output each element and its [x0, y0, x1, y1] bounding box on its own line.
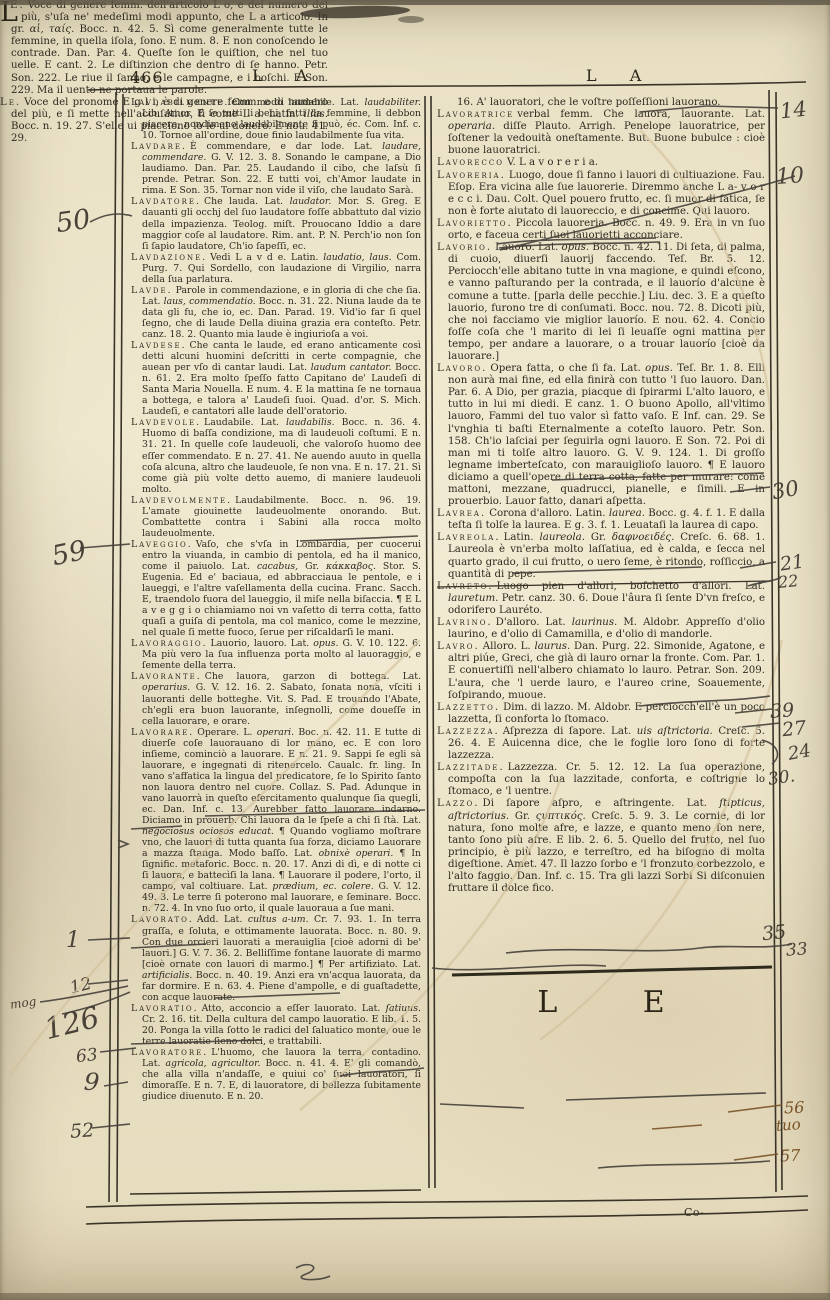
dictionary-entry: Lazzo.Di ſapore aſpro, e aſtringente. La… [437, 798, 765, 895]
marginal-number: 52 [69, 1119, 95, 1143]
entry-headword: Lavoraggio. [131, 638, 208, 649]
entry-headword: Lavdese. [131, 340, 187, 351]
left-text-column: Lavdabilmente.Con modo laudabile. Lat. l… [131, 97, 421, 1197]
entry-body: V. L a v o r e r i a. [507, 157, 598, 168]
entry-headword: Lavoro. [437, 363, 487, 374]
marginal-number: 27 [781, 717, 807, 741]
marginal-number: 59 [49, 535, 89, 572]
section-divider-rule [452, 967, 772, 975]
entry-headword: Lavoreria. [437, 170, 506, 181]
marginal-number: 30. [767, 766, 797, 790]
entry-headword: Lavoratrice [437, 109, 514, 120]
entry-headword: Lavdevole. [131, 417, 201, 428]
entry-headword: Lazzetto. [437, 702, 500, 713]
dictionary-entry: Lavdare.È commendare, e dar lode. Lat. l… [131, 141, 421, 196]
dictionary-entry: Lavde.Parole in commendazione, e in glor… [131, 285, 421, 340]
dash-after-parole [598, 1161, 770, 1168]
dictionary-entry: Lavdese.Che canta le laude, ed erano ant… [131, 340, 421, 417]
marginal-number: 22 [777, 571, 799, 592]
dictionary-entry: Lavdazione.Vedi L a v d e. Latin. laudat… [131, 252, 421, 285]
sepia-pen-strokes [652, 1105, 782, 1160]
dictionary-entry: Lavro.Alloro. L. laurus. Dan. Purg. 22. … [437, 641, 765, 701]
entry-headword: Le. [0, 97, 21, 108]
marginal-number: 12 [68, 974, 94, 999]
marginal-number: 30 [770, 476, 800, 504]
dictionary-entry: Lavorio.Lauoro. Lat. opus. Bocc. n. 42. … [437, 242, 765, 363]
dictionary-entry: Lavorare.Operare. L. operari. Boc. n. 42… [131, 727, 421, 915]
entry-headword: Lavde. [131, 285, 173, 296]
entry-headword: Lavrea. [437, 508, 486, 519]
entry-headword: Lavorio. [437, 242, 492, 253]
dictionary-entry: Lazzezza.Aſprezza di ſapore. Lat. uis aſ… [437, 726, 765, 762]
marginal-number: 1 [66, 928, 80, 953]
marginal-number: mog [9, 994, 37, 1012]
entry-headword: Lavdazione. [131, 252, 207, 263]
underline-in-gr [440, 1104, 524, 1108]
page-top-edge [0, 0, 830, 5]
entry-headword: Lavorato. [131, 914, 194, 925]
dictionary-entry: Lavdatore.Che lauda. Lat. laudator. Mor.… [131, 196, 421, 251]
leader-59 [80, 544, 130, 548]
entry-body: Lauoro. Lat. opus. Bocc. n. 42. 11. Di ſ… [448, 242, 765, 362]
dictionary-entry: Lavoreria.Luogo, doue ſi fanno i lauori … [437, 170, 765, 218]
marginal-number: 10 [775, 163, 805, 190]
entry-body: Luogo pien d'allori, boſchetto d'allori.… [448, 581, 765, 616]
marginal-number: 56 [784, 1098, 805, 1118]
scanned-book-page: 466 L A L A Lavdabilmente.Con modo lauda… [0, 0, 830, 1300]
dictionary-entry: Lavorietto.Piccola lauoreria. Bocc. n. 4… [437, 218, 765, 242]
running-head-right: L A [586, 66, 655, 85]
entry-headword: Lavoratore. [131, 1047, 208, 1058]
dictionary-entry: Lazzitade.Lazzezza. Cr. 5. 12. 12. La ſu… [437, 762, 765, 798]
entry-headword: Lavreto. [437, 581, 494, 592]
dictionary-entry: Lavoratriceverbal femm. Che lauora, lauo… [437, 109, 765, 157]
entry-headword: Lazzitade. [437, 762, 505, 773]
dictionary-entry: Laveggio.Vaſo, che s'vſa in Lombardia, p… [131, 539, 421, 638]
dictionary-entry: Lavorato.Add. Lat. cultus a-um. Cr. 7. 9… [131, 914, 421, 1002]
section-heading-LE: L E [437, 985, 765, 1020]
marginal-number: 33 [785, 939, 808, 960]
dictionary-entry: Lavrea.Corona d'alloro. Latin. laurea. B… [437, 508, 765, 532]
marginal-number: tuo [775, 1115, 801, 1135]
entry-headword: Lavrino. [437, 617, 493, 628]
dictionary-entry: Lavdevolmente.Laudabilmente. Bocc. n. 96… [131, 495, 421, 539]
leader-50 [90, 214, 132, 222]
catchword: Co- [684, 1206, 704, 1219]
marginal-number: 14 [779, 97, 808, 124]
dictionary-entry: Lavoratore.L'huomo, che lauora la terra,… [131, 1047, 421, 1102]
entry-headword: Lavoratio. [131, 1003, 199, 1014]
page-number: 466 [130, 68, 164, 87]
leader-56 [728, 1105, 782, 1112]
dictionary-entry: Lazzetto.Dim. di lazzo. M. Aldobr. E per… [437, 702, 765, 726]
ink-smudge-small [398, 16, 424, 23]
right-text-column: 16. A' lauoratori, che le voſtre poſſeſſ… [437, 97, 765, 959]
dictionary-entry: Lavreto.Luogo pien d'allori, boſchetto d… [437, 581, 765, 617]
entry-headword: Lavorietto. [437, 218, 513, 229]
entry-headword: Laveggio. [131, 539, 193, 550]
entry-headword: Lavdare. [131, 141, 187, 152]
marginal-number: 50 [54, 204, 92, 239]
dictionary-entry: Lavdabilmente.Con modo laudabile. Lat. l… [131, 97, 421, 141]
marginal-number: 126 [41, 1000, 103, 1046]
marginal-number: 35 [761, 921, 787, 945]
entry-headword: Lavro. [437, 641, 480, 652]
entry-body: D'alloro. Lat. laurinus. M. Aldobr. Appr… [448, 617, 765, 640]
entry-headword: Lazzezza. [437, 726, 500, 737]
entry-headword: Lavdevolmente. [131, 495, 232, 506]
dictionary-entry: Lavoratio.Atto, acconcio a eſſer lauorat… [131, 1003, 421, 1047]
marginal-number: 63 [75, 1045, 99, 1067]
dictionary-entry: Lavreola.Latin. laureola. Gr. δαφνοειδές… [437, 532, 765, 580]
entry-headword: Lavdabilmente. [131, 97, 229, 108]
entry-headword: Lavorante. [131, 671, 202, 682]
entry-body: Parole in commendazione, e in gloria di … [142, 285, 421, 340]
marginal-number: 57 [780, 1146, 801, 1166]
entry-body: Alloro. L. laurus. Dan. Purg. 22. Simoni… [448, 641, 765, 700]
dictionary-entry: Lavorante.Che lauora, garzon di bottega.… [131, 671, 421, 726]
entry-headword: Lazzo. [437, 798, 480, 809]
running-head-left: L A [252, 66, 321, 85]
bottom-scribble [296, 1265, 330, 1280]
strike-nel-suo [652, 1125, 702, 1129]
entry-headword: Lavorecco [437, 157, 504, 168]
dictionary-entry: LavoreccoV. L a v o r e r i a. [437, 157, 765, 169]
entry-headword: Lavorare. [131, 727, 194, 738]
entry-body: Vaſo, che s'vſa in Lombardia, per cuocer… [142, 539, 421, 638]
dictionary-entry: Lavoro.Opera fatta, o che ſi fa. Lat. op… [437, 363, 765, 508]
entry-body: Operare. L. operari. Boc. n. 42. 11. E t… [142, 727, 421, 915]
dictionary-entry: Lavrino.D'alloro. Lat. laurinus. M. Aldo… [437, 617, 765, 641]
page-bottom-edge [0, 1293, 830, 1300]
entry-headword: Lavreola. [437, 532, 501, 543]
entry-body: Add. Lat. cultus a-um. Cr. 7. 93. 1. In … [142, 914, 421, 1002]
entry-headword: Lavdatore. [131, 196, 201, 207]
dictionary-entry: Lavdevole.Laudabile. Lat. laudabilis. Bo… [131, 417, 421, 494]
margin-arrow [118, 840, 128, 848]
entry-body: Che canta le laude, ed erano anticamente… [142, 340, 421, 417]
marginal-number: 9 [83, 1068, 100, 1097]
entry-body: Corona d'alloro. Latin. laurea. Bocc. g.… [448, 508, 765, 531]
underline-generalmente [566, 1093, 766, 1100]
entry-body: Laudabile. Lat. laudabilis. Bocc. n. 36.… [142, 417, 421, 494]
dictionary-entry: Lavoraggio.Lauorio, lauoro. Lat. opus. G… [131, 638, 421, 671]
leader-57 [734, 1154, 778, 1160]
entry-body: Opera fatta, o che ſi fa. Lat. opus. Teſ… [448, 363, 765, 507]
marginal-number: 24 [786, 740, 812, 765]
entry-body: Di ſapore aſpro, e aſtringente. Lat. ſti… [448, 798, 765, 894]
entry-continuation: 16. A' lauoratori, che le voſtre poſſeſſ… [437, 97, 765, 109]
